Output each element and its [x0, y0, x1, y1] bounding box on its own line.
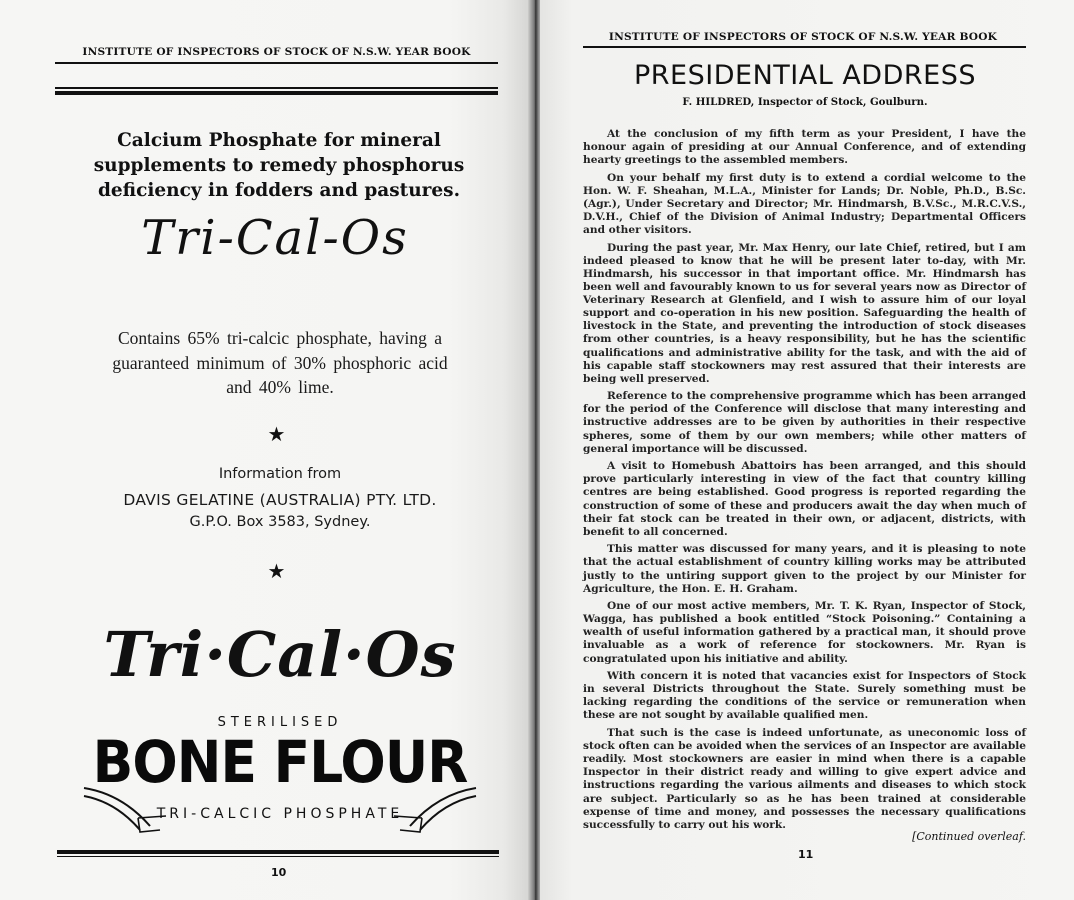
ad-headline: Calcium Phosphate for mineral supplement… [50, 128, 508, 203]
star-icon: ★ [0, 422, 553, 446]
right-flourish-icon [388, 780, 478, 840]
article-paragraph: This matter was discussed for many years… [583, 543, 1026, 595]
article-paragraph: Reference to the comprehensive programme… [583, 390, 1026, 455]
ad-top-rule-thin [55, 87, 498, 89]
article-paragraph: During the past year, Mr. Max Henry, our… [583, 242, 1026, 386]
continued-note: [Continued overleaf. [583, 830, 1026, 843]
header-rule-right [583, 46, 1026, 48]
book-spread: INSTITUTE OF INSPECTORS OF STOCK OF N.S.… [0, 0, 1074, 900]
article-paragraph: With concern it is noted that vacancies … [583, 670, 1026, 722]
star-icon: ★ [0, 559, 553, 583]
company-address: G.P.O. Box 3583, Sydney. [60, 514, 500, 530]
article-paragraph: That such is the case is indeed unfortun… [583, 727, 1026, 832]
article-paragraph: At the conclusion of my fifth term as yo… [583, 128, 1026, 167]
company-name: DAVIS GELATINE (AUSTRALIA) PTY. LTD. [60, 491, 500, 509]
running-head-left: INSTITUTE OF INSPECTORS OF STOCK OF N.S.… [55, 46, 498, 58]
article-byline: F. HILDRED, Inspector of Stock, Goulburn… [560, 96, 1050, 108]
running-head-right: INSTITUTE OF INSPECTORS OF STOCK OF N.S.… [583, 31, 1023, 43]
article-paragraph: On your behalf my first duty is to exten… [583, 172, 1026, 237]
article-paragraph: A visit to Homebush Abattoirs has been a… [583, 460, 1026, 539]
ad-composition: Contains 65% tri-calcic phosphate, havin… [110, 326, 450, 400]
info-label: Information from [60, 466, 500, 482]
brand-logo: Tri·Cal·Os [80, 618, 480, 691]
ad-bottom-rule-thick [57, 850, 499, 854]
article-body: At the conclusion of my fifth term as yo… [583, 128, 1026, 836]
article-title: PRESIDENTIAL ADDRESS [560, 60, 1050, 91]
ad-top-rule-thick [55, 91, 498, 95]
page-number-left: 10 [271, 866, 286, 879]
header-rule-left [55, 62, 498, 64]
page-number-right: 11 [798, 848, 813, 861]
article-paragraph: One of our most active members, Mr. T. K… [583, 600, 1026, 665]
script-logo-thin: Tri-Cal-Os [110, 210, 440, 266]
ad-bottom-rule-thin [57, 856, 499, 857]
